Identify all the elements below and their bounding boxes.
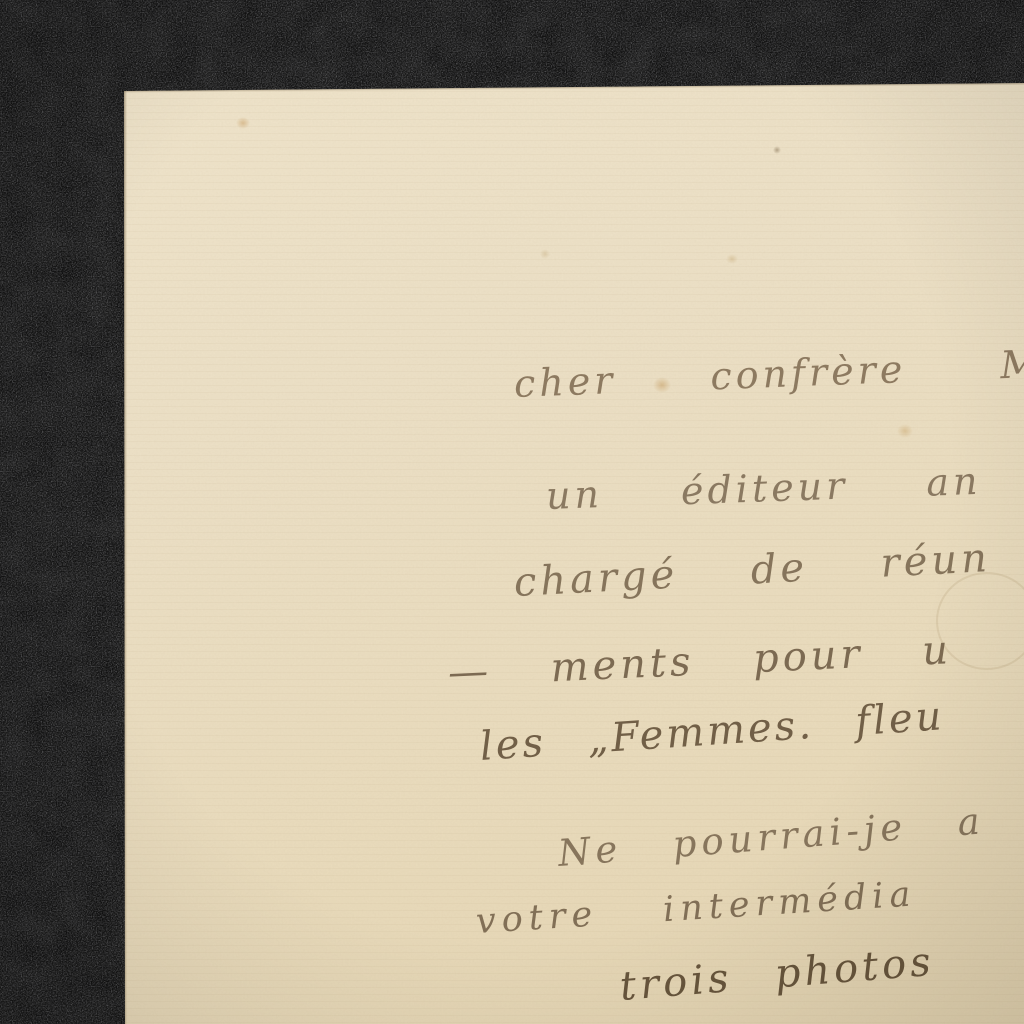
paper-left-edge-shadow bbox=[124, 91, 127, 1024]
handwriting-line-8: trois photos bbox=[618, 939, 936, 1010]
foxing-spot bbox=[726, 254, 738, 264]
handwriting-line-7: votre intermédia bbox=[475, 874, 918, 942]
paper-grain-texture bbox=[0, 0, 1024, 1024]
foxing-spot bbox=[236, 117, 250, 129]
handwriting-line-4: — ments pour u bbox=[447, 627, 953, 696]
handwriting-line-3: chargé de réun bbox=[513, 535, 992, 606]
letter-photograph: cher confrère M un éditeur an chargé de … bbox=[0, 0, 1024, 1024]
handwriting-line-2: un éditeur an bbox=[545, 459, 982, 518]
handwriting-line-5: les „Femmes. fleu bbox=[478, 693, 945, 770]
foxing-spot bbox=[773, 146, 781, 154]
handwriting-line-6: Ne pourrai-je a bbox=[556, 799, 986, 875]
foxing-spot bbox=[540, 249, 550, 259]
foxing-spot bbox=[897, 424, 913, 438]
letter-paper: cher confrère M un éditeur an chargé de … bbox=[0, 0, 1024, 1024]
handwriting-line-1: cher confrère M bbox=[513, 342, 1024, 406]
paper-top-edge-shadow bbox=[120, 82, 1024, 93]
